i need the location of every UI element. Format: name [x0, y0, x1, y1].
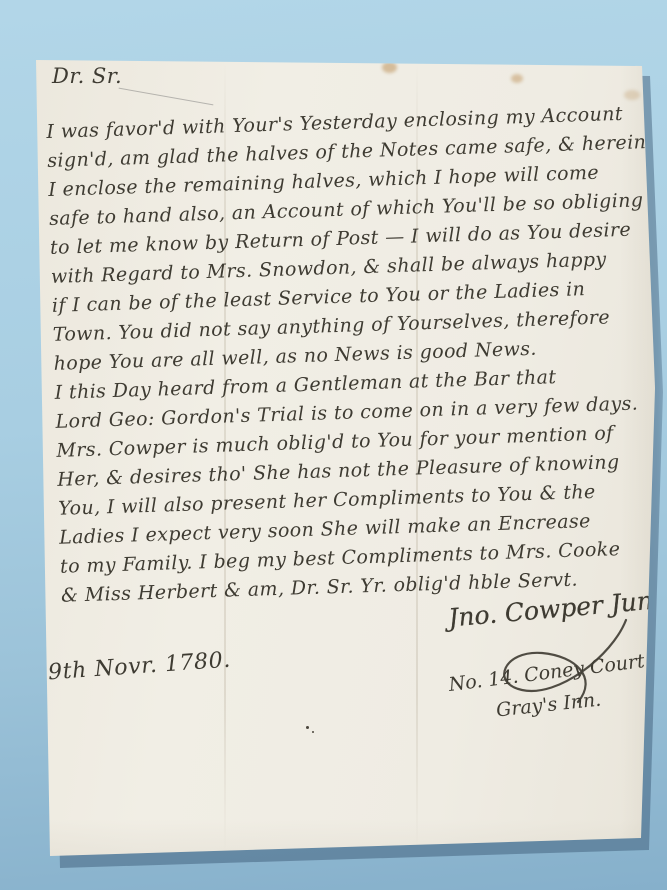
- foxing-spot: [382, 62, 397, 73]
- ink-blot: [306, 726, 309, 729]
- letter-paper: Dr. Sr. I was favor'd with Your's Yester…: [0, 0, 667, 890]
- foxing-spot: [511, 74, 523, 83]
- ink-blot: [312, 731, 314, 733]
- pencil-stroke: [119, 88, 214, 106]
- salutation: Dr. Sr.: [52, 64, 122, 88]
- date: 9th Novr. 1780.: [47, 648, 231, 686]
- photo-background: Dr. Sr. I was favor'd with Your's Yester…: [0, 0, 667, 890]
- letter-body: I was favor'd with Your's Yesterday encl…: [46, 99, 667, 611]
